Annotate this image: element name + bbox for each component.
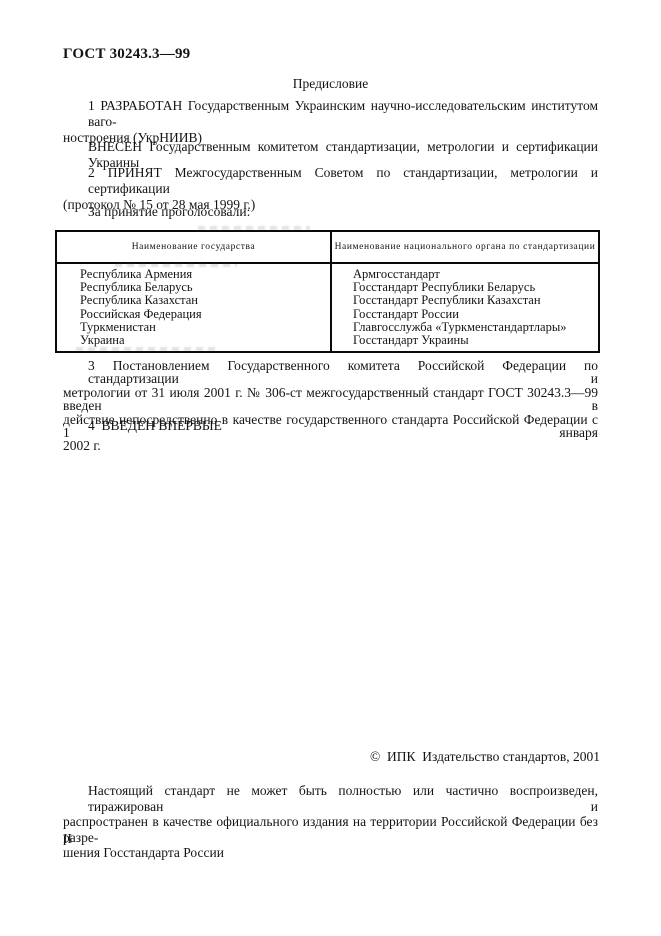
copyright-notice: © ИПК Издательство стандартов, 2001 — [370, 749, 600, 765]
table-cell-state: Республика Казахстан — [80, 294, 330, 307]
vote-table-header-body: Наименование национального органа по ста… — [332, 232, 598, 262]
paragraph-line: 1 РАЗРАБОТАН Государственным Украинским … — [63, 98, 598, 130]
vote-table-body: Республика Армения Республика Беларусь Р… — [57, 264, 598, 351]
paragraph-line: шения Госстандарта России — [63, 845, 598, 861]
table-cell-state: Российская Федерация — [80, 308, 330, 321]
paragraph-line: 2002 г. — [63, 439, 598, 452]
clause-4-first-introduced: 4 ВВЕДЕН ВПЕРВЫЕ — [63, 418, 598, 434]
vote-table-bodies-column: Армгосстандарт Госстандарт Республики Бе… — [332, 264, 598, 351]
scan-artifact — [76, 347, 216, 351]
reproduction-restriction: Настоящий стандарт не может быть полност… — [63, 783, 598, 861]
paragraph-line: 3 Постановлением Государственного комите… — [63, 359, 598, 386]
paragraph-line: распространен в качестве официального из… — [63, 814, 598, 845]
vote-table-header-row: Наименование государства Наименование на… — [57, 232, 598, 264]
page-number: II — [63, 831, 72, 847]
paragraph-line: Настоящий стандарт не может быть полност… — [63, 783, 598, 814]
vote-table-states-column: Республика Армения Республика Беларусь Р… — [57, 264, 332, 351]
vote-table: Наименование государства Наименование на… — [55, 230, 600, 353]
vote-table-header-state: Наименование государства — [57, 232, 332, 262]
voted-intro: За принятие проголосовали: — [63, 204, 598, 220]
table-cell-body: Госстандарт Республики Казахстан — [353, 294, 598, 307]
clause-3-enacted: 3 Постановлением Государственного комите… — [63, 359, 598, 453]
standard-number: ГОСТ 30243.3—99 — [63, 46, 190, 63]
preface-title: Предисловие — [0, 76, 661, 92]
paragraph-line: 2 ПРИНЯТ Межгосударственным Советом по с… — [63, 165, 598, 197]
document-page: ГОСТ 30243.3—99 Предисловие 1 РАЗРАБОТАН… — [0, 0, 661, 936]
scan-artifact — [115, 263, 237, 267]
scan-artifact — [198, 226, 310, 230]
table-cell-state: Украина — [80, 334, 330, 347]
table-cell-body: Госстандарт России — [353, 308, 598, 321]
table-cell-body: Госстандарт Украины — [353, 334, 598, 347]
paragraph-line: метрологии от 31 июля 2001 г. № 306-ст м… — [63, 386, 598, 413]
